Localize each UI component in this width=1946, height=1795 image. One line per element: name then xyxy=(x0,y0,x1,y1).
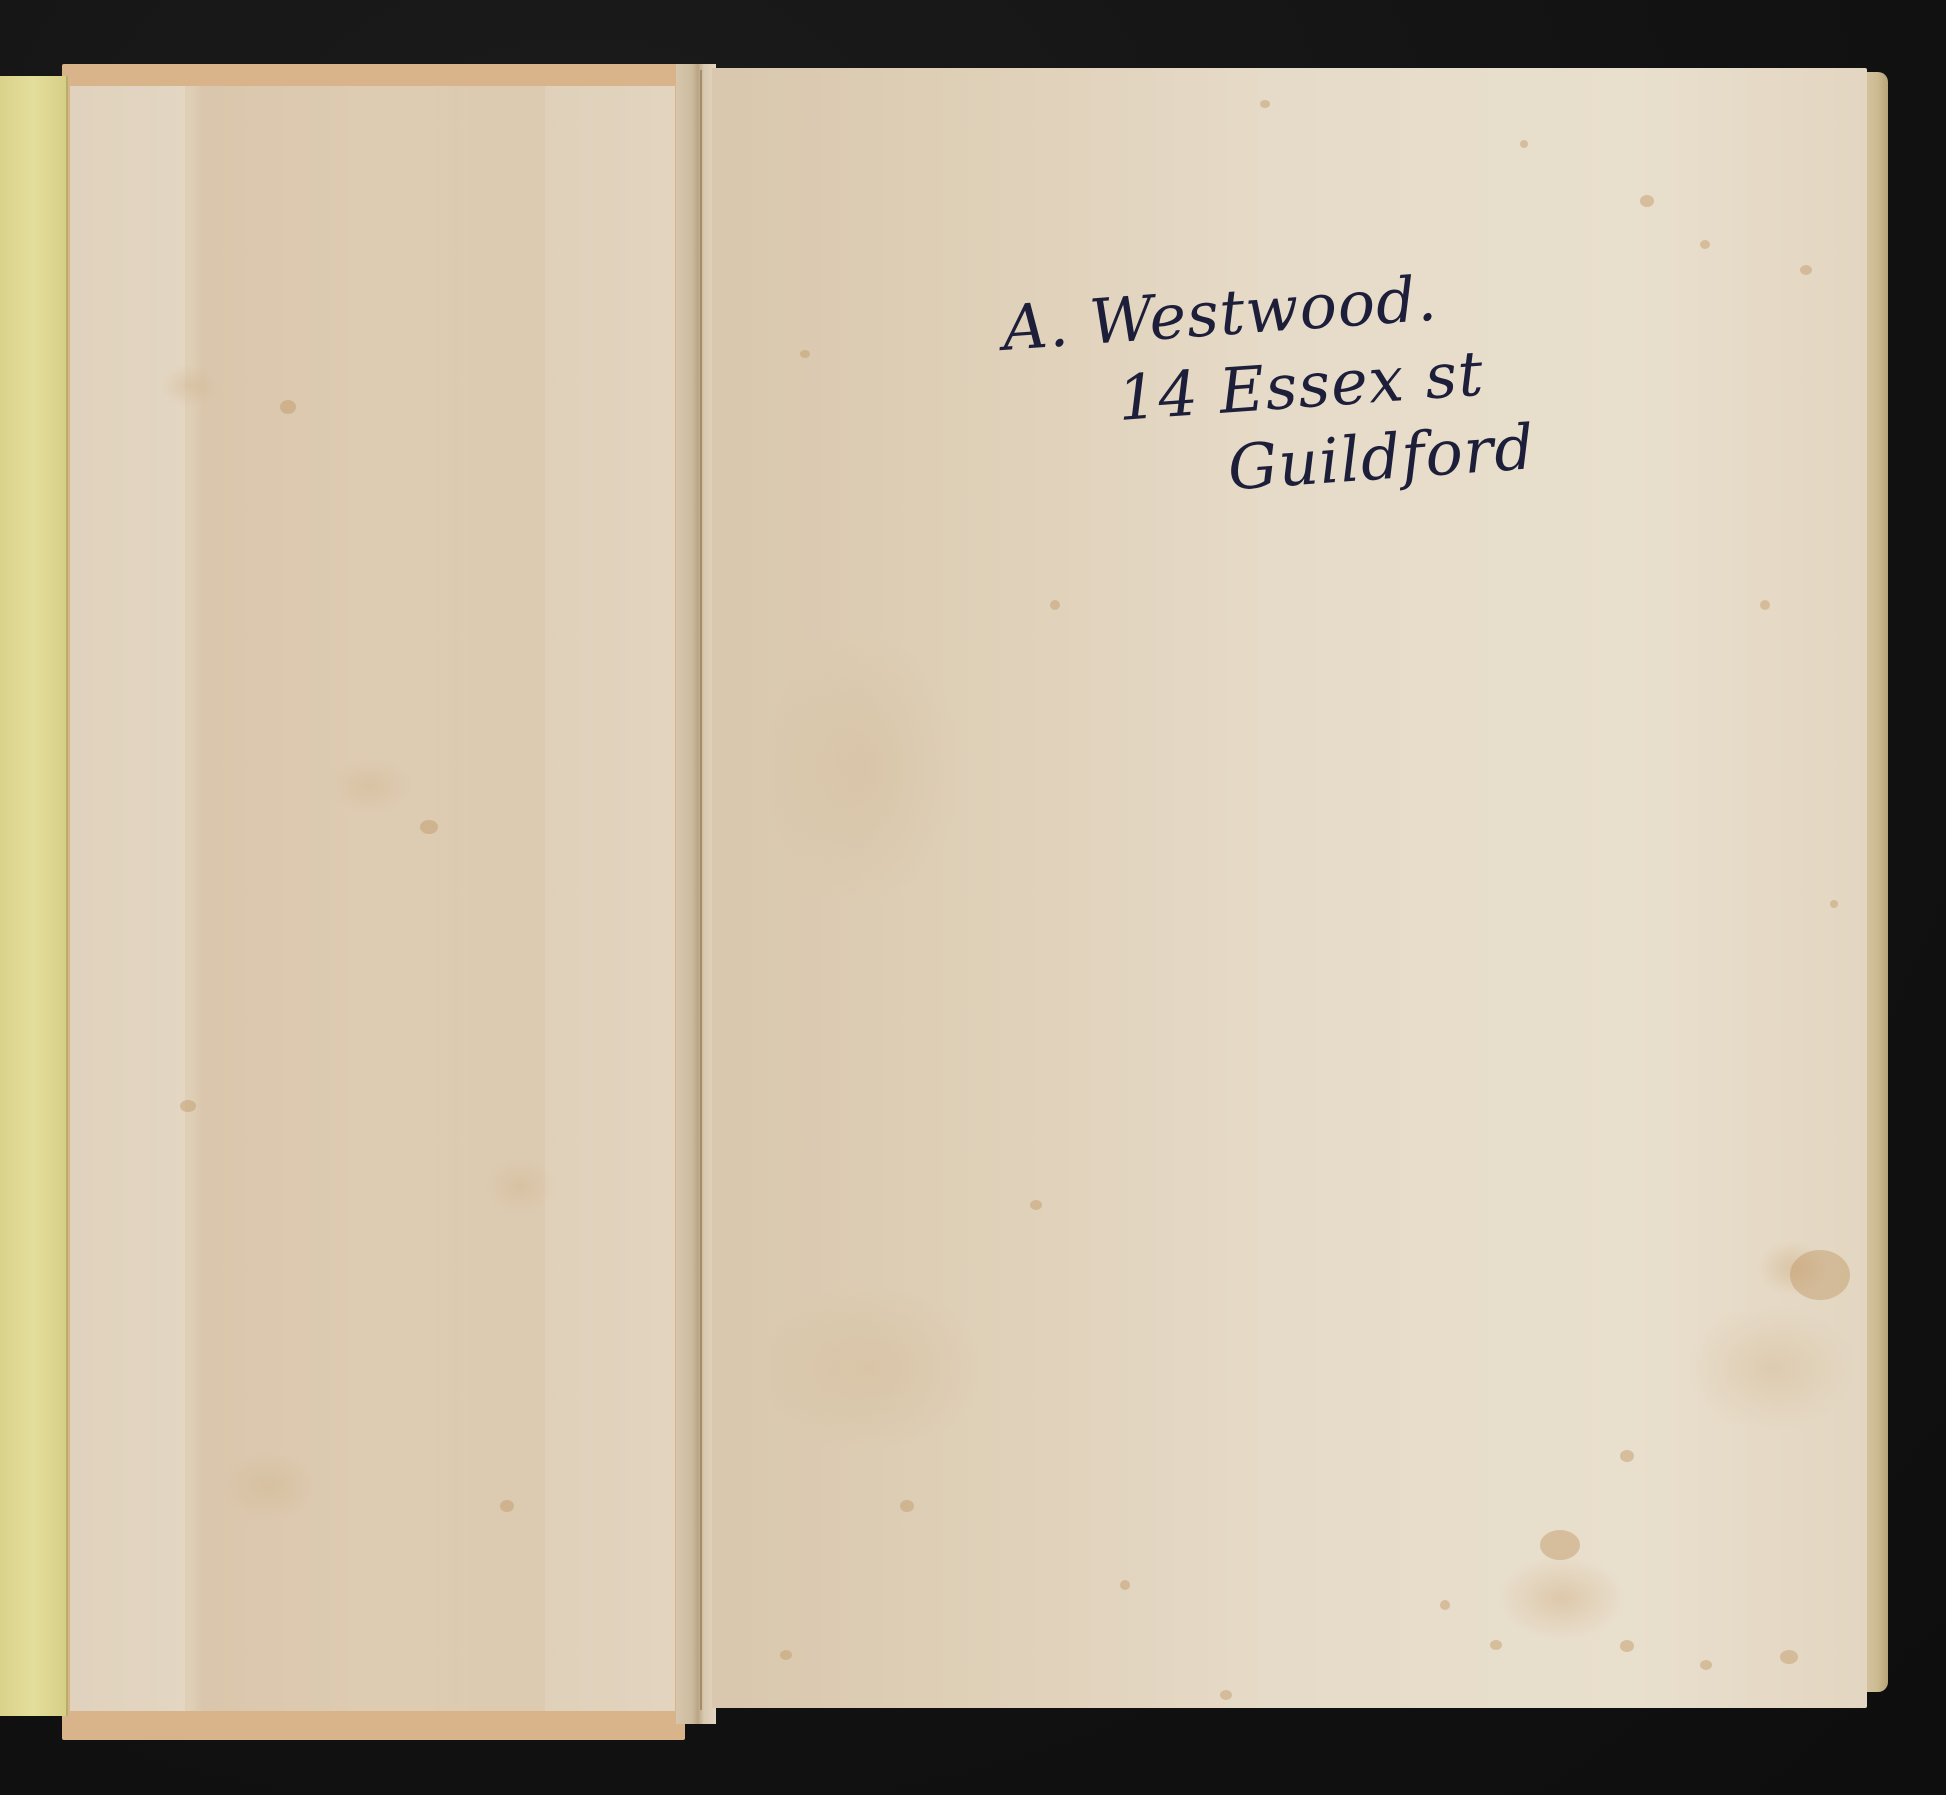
dust-jacket-flap xyxy=(0,76,68,1716)
hinge-line xyxy=(700,70,702,1710)
pastedown-stain-band xyxy=(185,86,545,1711)
handwritten-inscription: A. Westwood. 14 Essex st Guildford xyxy=(1000,248,1615,522)
book-gutter xyxy=(676,64,716,1724)
